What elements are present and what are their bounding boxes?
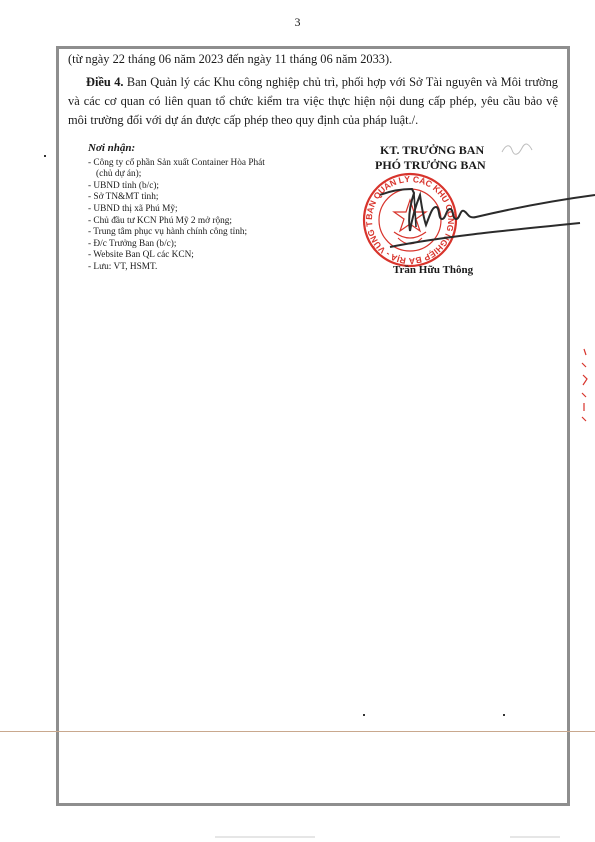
term-continuation: (từ ngày 22 tháng 06 năm 2023 đến ngày 1… (68, 50, 558, 69)
recipient-item: - Lưu: VT, HSMT. (88, 262, 338, 274)
initials-scribble-icon (500, 142, 534, 158)
scan-speck (363, 714, 365, 716)
document-body: (từ ngày 22 tháng 06 năm 2023 đến ngày 1… (68, 50, 558, 130)
recipient-item: - UBND thị xã Phú Mỹ; (88, 204, 338, 216)
edge-stamp-fragment-icon (578, 345, 590, 425)
scan-speck (44, 155, 46, 157)
recipient-item: - Chủ đầu tư KCN Phú Mỹ 2 mở rộng; (88, 216, 338, 228)
recipient-item: - UBND tỉnh (b/c); (88, 181, 338, 193)
signer-name: Trần Hữu Thông (393, 264, 473, 276)
recipient-item: - Đ/c Trưởng Ban (b/c); (88, 239, 338, 251)
scan-smudge (510, 836, 560, 838)
scan-speck (503, 714, 505, 716)
handwritten-signature-icon (380, 175, 595, 255)
recipients-title: Nơi nhận: (88, 143, 338, 155)
article-label: Điều 4. (86, 75, 124, 89)
recipient-item: (chủ dự án); (88, 169, 338, 181)
recipients-block: Nơi nhận: - Công ty cổ phần Sản xuất Con… (88, 143, 338, 274)
scan-smudge (215, 836, 315, 838)
recipient-item: - Sở TN&MT tỉnh; (88, 192, 338, 204)
article-text: Ban Quản lý các Khu công nghiệp chủ trì,… (68, 75, 558, 127)
recipient-item: - Website Ban QL các KCN; (88, 250, 338, 262)
scan-artifact-line (0, 731, 595, 732)
recipient-item: - Công ty cổ phần Sản xuất Container Hòa… (88, 158, 338, 170)
page-number: 3 (0, 15, 595, 30)
article-4: Điều 4. Ban Quản lý các Khu công nghiệp … (68, 73, 558, 130)
recipient-item: - Trung tâm phục vụ hành chính công tỉnh… (88, 227, 338, 239)
